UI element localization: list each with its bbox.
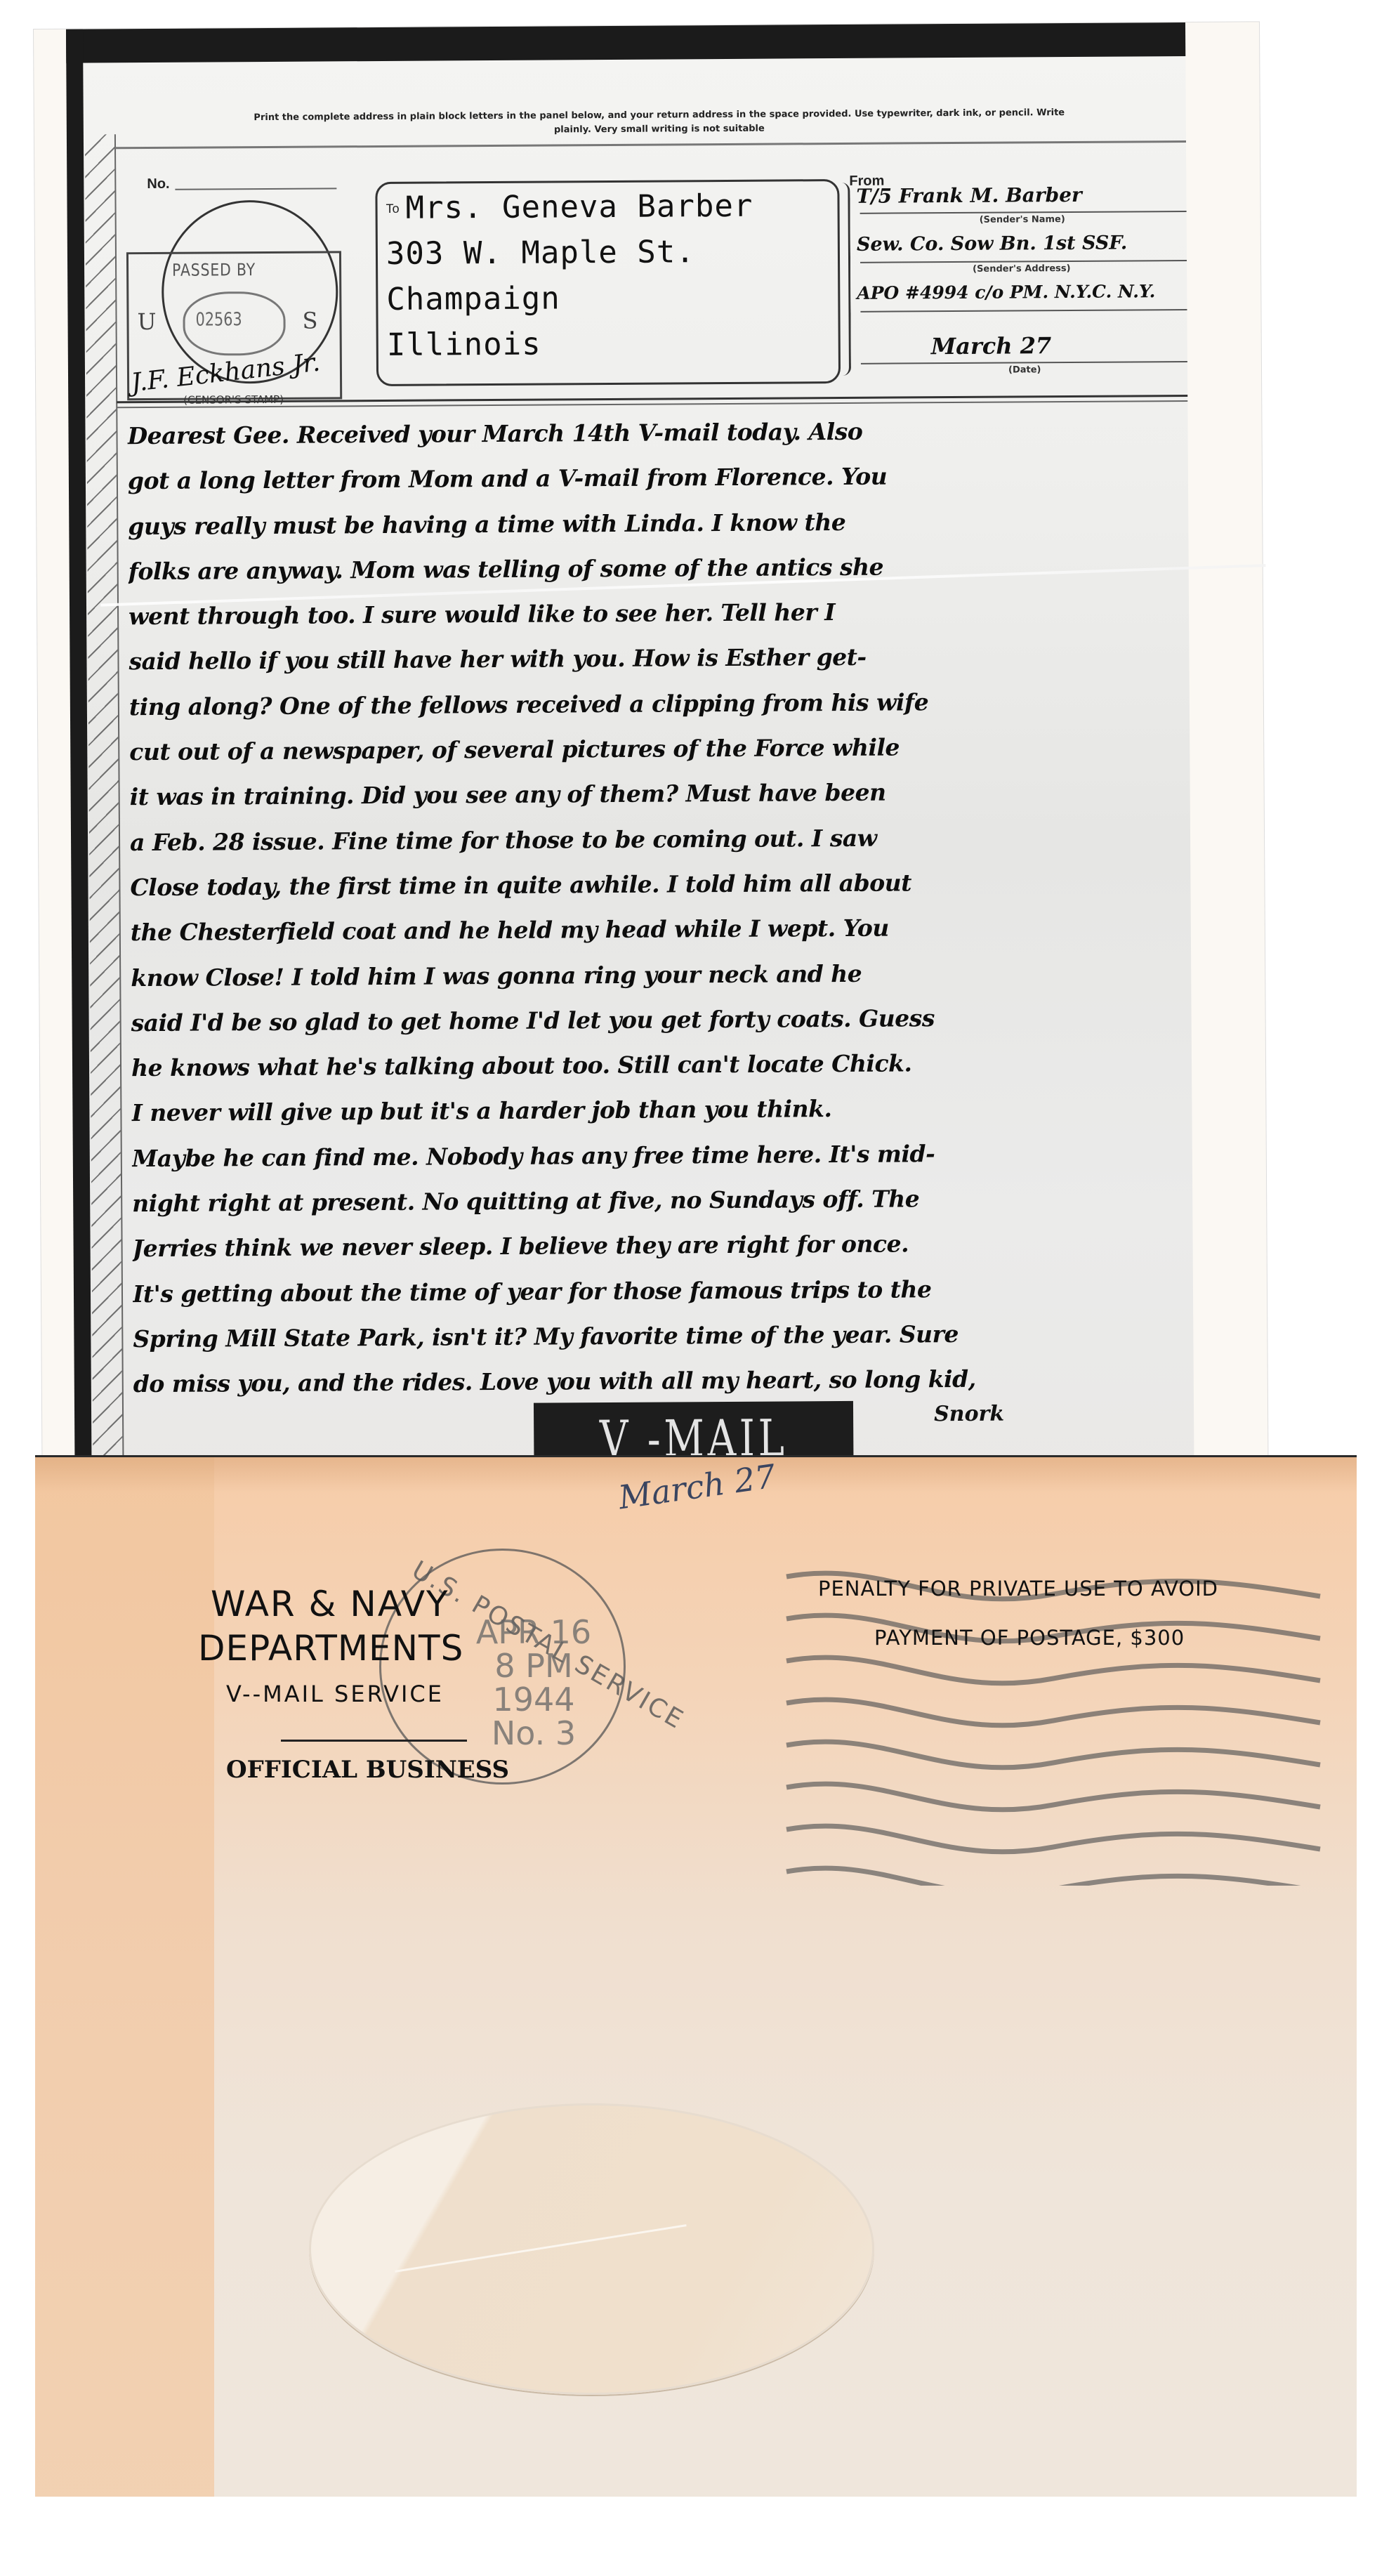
envelope-divider <box>281 1740 467 1742</box>
letter-signature: Snork <box>934 1402 1004 1427</box>
letter-body-line: cut out of a newspaper, of several pictu… <box>129 723 1190 775</box>
letter-body-line: do miss you, and the rides. Love you wit… <box>133 1355 1194 1407</box>
censor-number: 02563 <box>195 309 242 330</box>
letter-body-line: went through too. I sure would like to s… <box>129 588 1189 640</box>
penalty-text-line1: PENALTY FOR PRIVATE USE TO AVOID <box>818 1577 1218 1601</box>
form-instructions: Print the complete address in plain bloc… <box>238 106 1081 139</box>
vmail-letter: Print the complete address in plain bloc… <box>34 22 1268 1518</box>
wavy-cancellation-lines <box>758 1563 1334 1886</box>
date-caption: (Date) <box>1008 364 1041 375</box>
letter-body-line: know Close! I told him I was gonna ring … <box>131 949 1191 1001</box>
censor-passed-by: PASSED BY <box>172 260 256 280</box>
letter-body-line: guys really must be having a time with L… <box>128 498 1188 550</box>
recipient-state: Illinois <box>387 327 541 363</box>
letter-body-line: Maybe he can find me. Nobody has any fre… <box>132 1130 1192 1182</box>
sender-address-line1: Sew. Co. Sow Bn. 1st SSF. <box>857 232 1128 255</box>
recipient-street: 303 W. Maple St. <box>386 234 695 272</box>
letter-body-line: I never will give up but it's a harder j… <box>131 1084 1192 1136</box>
recipient-city: Champaign <box>386 280 560 317</box>
letter-body-line: Close today, the first time in quite awh… <box>130 859 1190 911</box>
postmark-year-line: 1944 <box>463 1683 604 1716</box>
letter-body-line: Spring Mill State Park, isn't it? My fav… <box>133 1310 1193 1362</box>
letter-body-line: it was in training. Did you see any of t… <box>129 768 1190 820</box>
letter-body-line: got a long letter from Mom and a V-mail … <box>128 452 1188 504</box>
letter-body-line: he knows what he's talking about too. St… <box>131 1039 1192 1091</box>
to-label: To <box>386 202 400 216</box>
censor-letter-u: U <box>137 308 156 335</box>
number-label: No. <box>147 176 169 192</box>
censor-letter-s: S <box>302 308 317 334</box>
sender-name-caption: (Sender's Name) <box>980 214 1065 225</box>
letter-body-line: It's getting about the time of year for … <box>133 1266 1193 1317</box>
sender-address-line2: APO #4994 c/o PM. N.Y.C. N.Y. <box>857 281 1155 303</box>
postmark-station-line: No. 3 <box>463 1716 604 1750</box>
sender-name: T/5 Frank M. Barber <box>856 183 1081 208</box>
postmark-date-line: APR 16 <box>463 1615 604 1649</box>
envelope-sender-line1: WAR & NAVY <box>211 1584 449 1624</box>
letter-body-line: said hello if you still have her with yo… <box>129 633 1189 685</box>
envelope-window <box>309 2103 874 2395</box>
from-bracket <box>834 183 851 376</box>
letter-body: Dearest Gee. Received your March 14th V-… <box>127 407 1194 1407</box>
official-business-label: OFFICIAL BUSINESS <box>226 1756 509 1784</box>
envelope-service: V--MAIL SERVICE <box>226 1681 444 1707</box>
letter-body-line: Jerries think we never sleep. I believe … <box>132 1220 1192 1272</box>
letter-top-border <box>66 22 1185 63</box>
recipient-name: Mrs. Geneva Barber <box>405 188 753 226</box>
penalty-text-line2: PAYMENT OF POSTAGE, $300 <box>874 1626 1185 1650</box>
letter-body-line: a Feb. 28 issue. Fine time for those to … <box>130 814 1190 866</box>
letter-body-line: ting along? One of the fellows received … <box>129 678 1190 730</box>
letter-body-line: said I'd be so glad to get home I'd let … <box>131 994 1191 1046</box>
letter-body-line: the Chesterfield coat and he held my hea… <box>131 904 1191 956</box>
envelope-side-band <box>35 1457 214 2497</box>
letter-body-line: night right at present. No quitting at f… <box>132 1175 1192 1227</box>
envelope-sender-line2: DEPARTMENTS <box>198 1628 463 1669</box>
postmark-date: APR 16 8 PM 1944 No. 3 <box>463 1615 604 1750</box>
sender-address-caption: (Sender's Address) <box>973 263 1071 275</box>
letter-date: March 27 <box>931 332 1052 360</box>
letter-body-line: Dearest Gee. Received your March 14th V-… <box>127 407 1187 459</box>
postmark-time-line: 8 PM <box>463 1649 604 1683</box>
